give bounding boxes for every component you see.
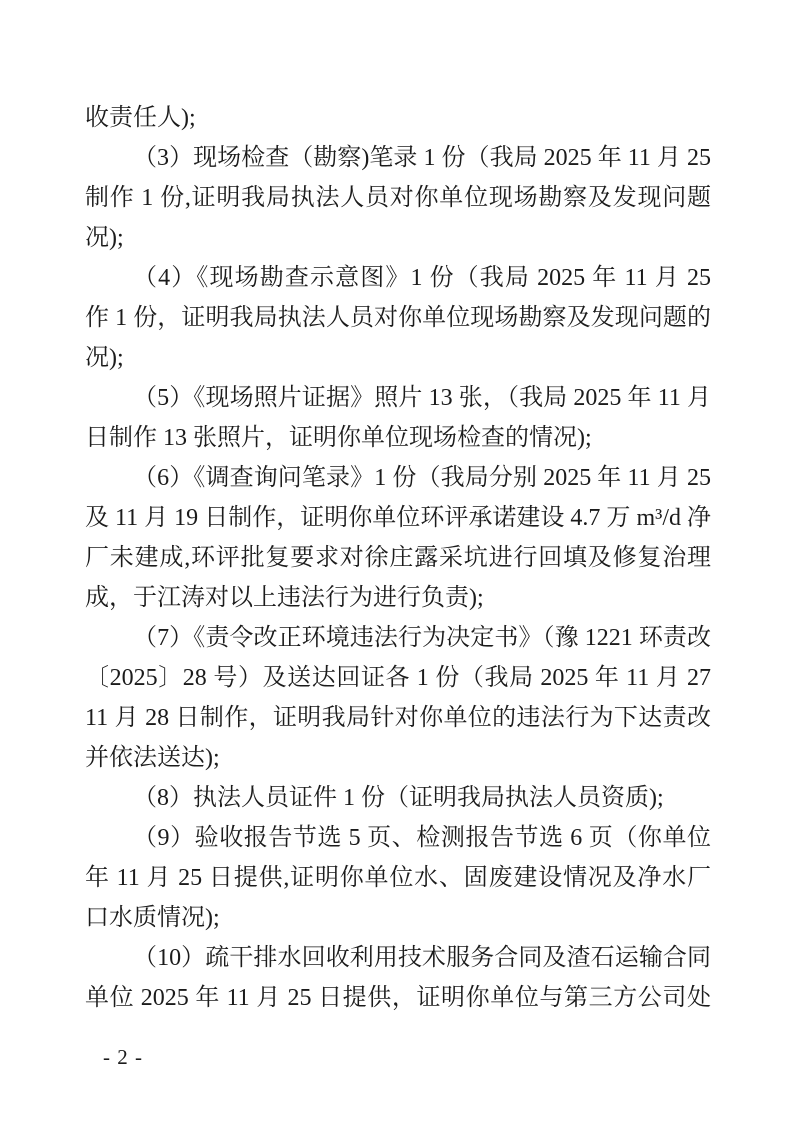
paragraph-item-9: （9）验收报告节选 5 页、检测报告节选 6 页（你单位 2025 年 11 月… <box>85 818 711 938</box>
text-line: 及 11 月 19 日制作，证明你单位环评承诺建设 4.7 万 m³/d 净水 <box>85 498 711 538</box>
text-line: （8）执法人员证件 1 份（证明我局执法人员资质); <box>85 778 711 818</box>
text-line: （10）疏干排水回收利用技术服务合同及渣石运输合同（你 <box>85 938 711 978</box>
paragraph: 收责任人); <box>85 98 711 138</box>
text-line: 年 11 月 25 日提供,证明你单位水、固废建设情况及净水厂溢流 <box>85 858 711 898</box>
text-line: 〔2025〕28 号）及送达回证各 1 份（我局 2025 年 11 月 27 … <box>85 658 711 698</box>
text-line: （7）《责令改正环境违法行为决定书》（豫 1221 环责改字 <box>85 618 711 658</box>
text-line: 收责任人); <box>85 98 711 138</box>
text-line: 作 1 份，证明我局执法人员对你单位现场勘察及发现问题的情 <box>85 298 711 338</box>
text-line: 日制作 13 张照片，证明你单位现场检查的情况); <box>85 418 711 458</box>
text-line: （5）《现场照片证据》照片 13 张，（我局 2025 年 11 月 25 <box>85 378 711 418</box>
text-line: （9）验收报告节选 5 页、检测报告节选 6 页（你单位 2025 <box>85 818 711 858</box>
text-line: 并依法送达); <box>85 738 711 778</box>
text-line: 11 月 28 日制作，证明我局针对你单位的违法行为下达责改文书 <box>85 698 711 738</box>
text-line: 况); <box>85 338 711 378</box>
paragraph-item-3: （3）现场检查（勘察)笔录 1 份（我局 2025 年 11 月 25 日 制作… <box>85 138 711 258</box>
text-line: （4）《现场勘查示意图》1 份（我局 2025 年 11 月 25 日制 <box>85 258 711 298</box>
text-line: （3）现场检查（勘察)笔录 1 份（我局 2025 年 11 月 25 日 <box>85 138 711 178</box>
paragraph-item-7: （7）《责令改正环境违法行为决定书》（豫 1221 环责改字 〔2025〕28 … <box>85 618 711 778</box>
text-line: （6）《调查询问笔录》1 份（我局分别 2025 年 11 月 25 日 <box>85 458 711 498</box>
paragraph-item-8: （8）执法人员证件 1 份（证明我局执法人员资质); <box>85 778 711 818</box>
paragraph-item-4: （4）《现场勘查示意图》1 份（我局 2025 年 11 月 25 日制 作 1… <box>85 258 711 378</box>
document-page: 收责任人); （3）现场检查（勘察)笔录 1 份（我局 2025 年 11 月 … <box>0 0 793 1122</box>
text-line: 口水质情况); <box>85 898 711 938</box>
paragraph-item-6: （6）《调查询问笔录》1 份（我局分别 2025 年 11 月 25 日 及 1… <box>85 458 711 618</box>
text-line: 成，于江涛对以上违法行为进行负责); <box>85 578 711 618</box>
page-number: - 2 - <box>103 1044 143 1070</box>
text-line: 厂未建成,环评批复要求对徐庄露采坑进行回填及修复治理未完 <box>85 538 711 578</box>
text-block: 收责任人); （3）现场检查（勘察)笔录 1 份（我局 2025 年 11 月 … <box>85 98 711 1018</box>
text-line: 制作 1 份,证明我局执法人员对你单位现场勘察及发现问题的情 <box>85 178 711 218</box>
paragraph-item-10: （10）疏干排水回收利用技术服务合同及渣石运输合同（你 单位 2025 年 11… <box>85 938 711 1018</box>
text-line: 况); <box>85 218 711 258</box>
paragraph-item-5: （5）《现场照片证据》照片 13 张，（我局 2025 年 11 月 25 日制… <box>85 378 711 458</box>
text-line: 单位 2025 年 11 月 25 日提供，证明你单位与第三方公司处置签 <box>85 978 711 1018</box>
